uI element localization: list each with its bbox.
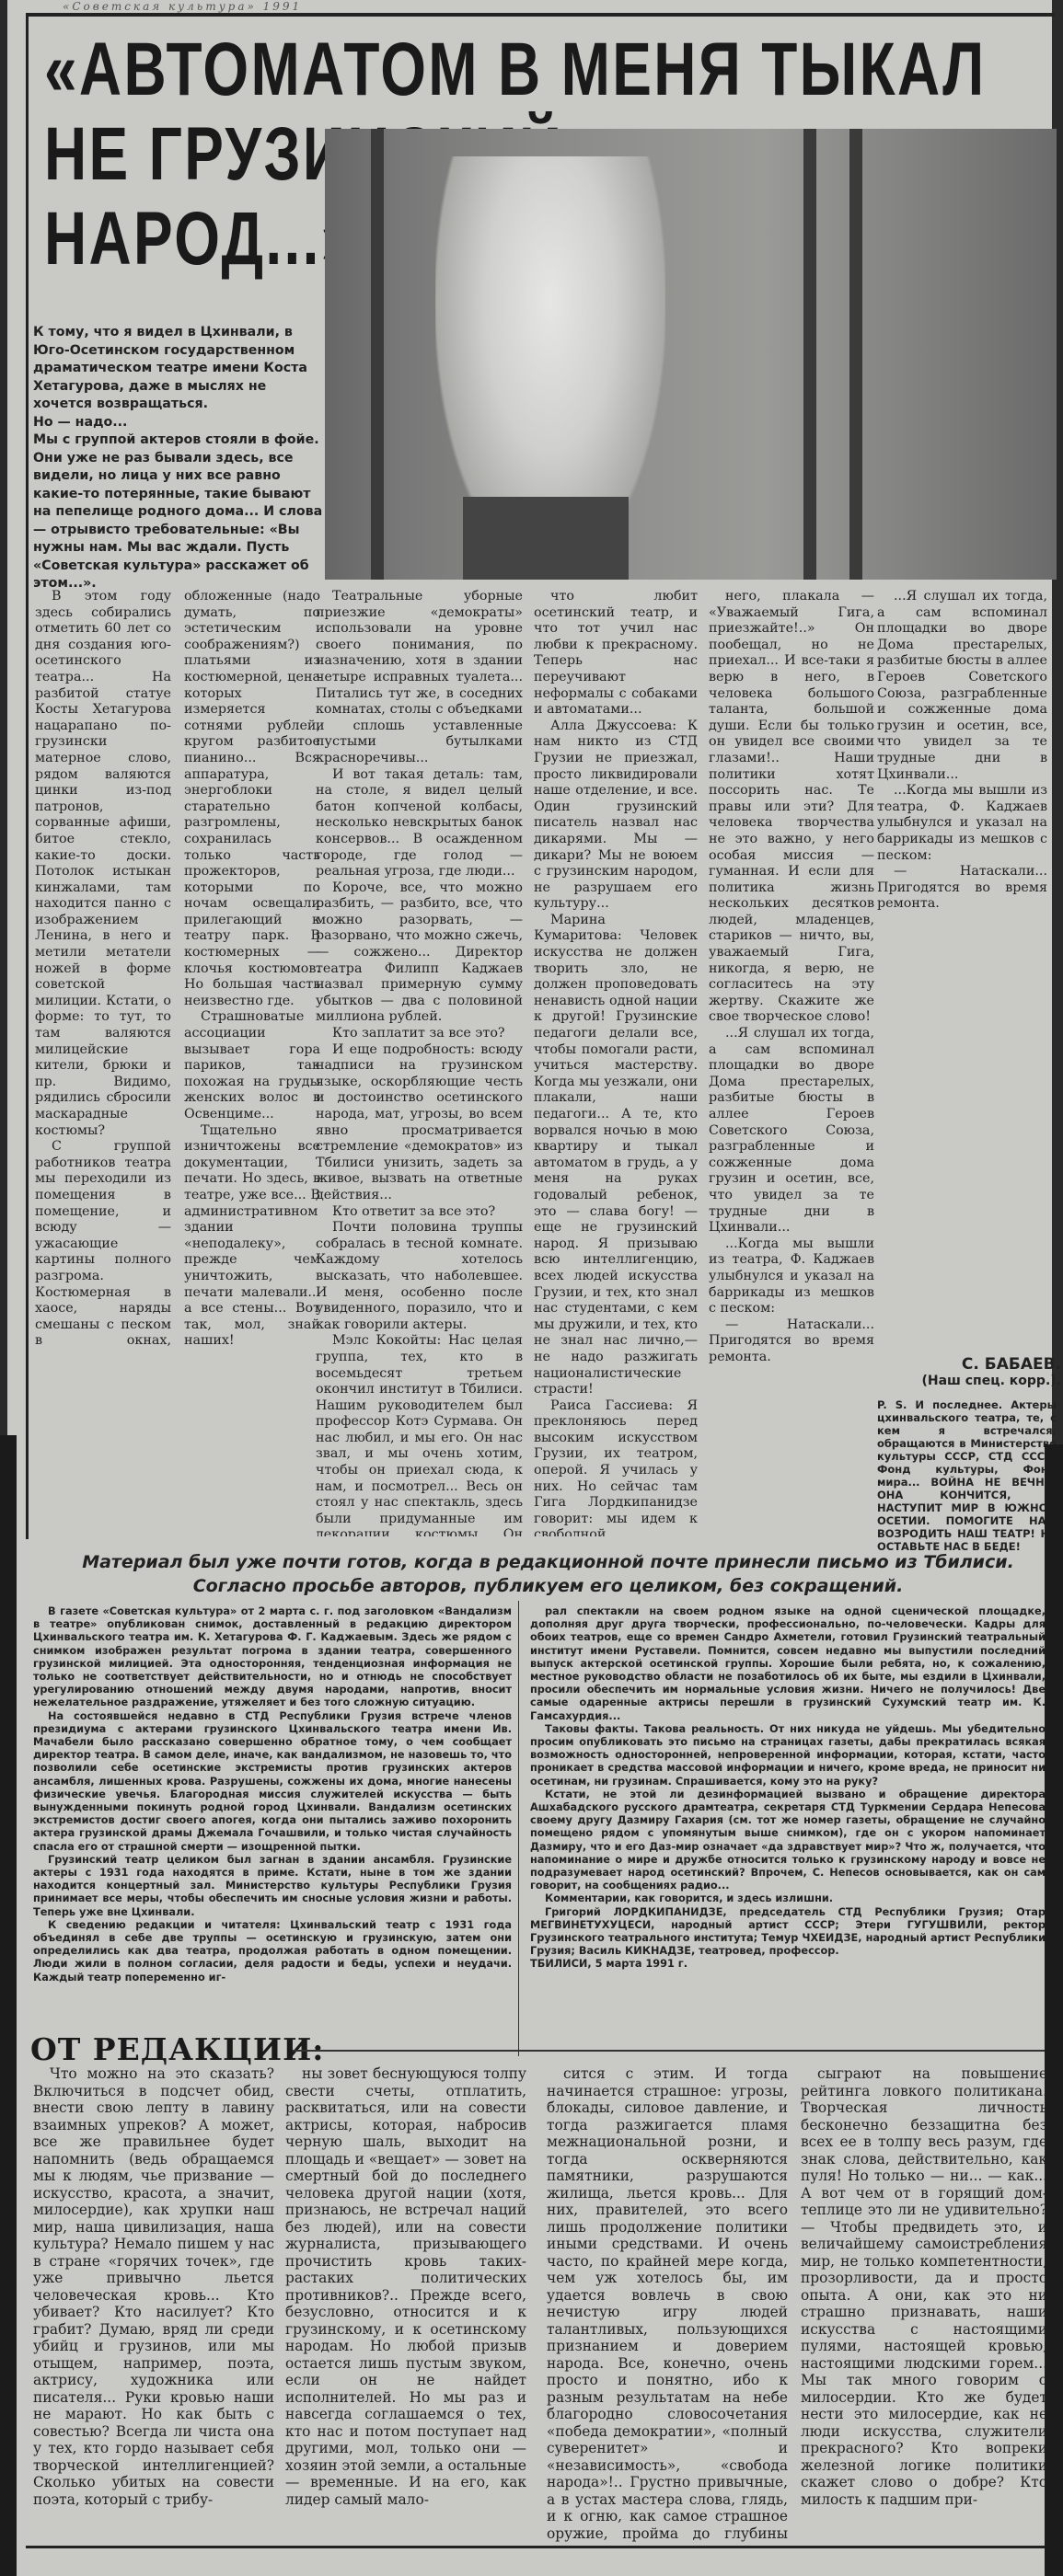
body-paragraph: ...Я слушал их тогда, а сам вспоминал пл… [709,1026,874,1236]
author-name: С. БАБАЕВ. [877,1355,1061,1374]
letter-paragraph: Грузинский театр целиком был загнан в зд… [33,1854,512,1919]
headline-line-1: «АВТОМАТОМ В МЕНЯ ТЫКАЛ [44,28,819,112]
editorial-column-4: сыграют на повышение рейтинга ловкого по… [801,2065,1047,2544]
statue-plinth [463,497,629,580]
column-divider [518,1601,519,2056]
interview-paragraph: Раиса Гассиева: Я преклоняюсь перед высо… [534,1398,698,1536]
body-paragraph: Кто ответит за все это? [316,1204,523,1221]
letter-paragraph: На состоявшейся недавно в СТД Республики… [33,1710,512,1854]
theatre-photo [325,129,1057,580]
body-paragraph: ...Я слушал их тогда, а сам вспоминал пл… [877,589,1047,783]
body-paragraph: Короче, все, что можно разбить, — разбит… [316,880,523,1026]
body-paragraph: И вот такая деталь: там, на столе, я вид… [316,767,523,880]
pillar [803,129,816,580]
editorial-text: Что можно на это сказать? Включиться в п… [33,2065,274,2508]
lead-p1: К тому, что я видел в Цхинвали, в Юго-Ос… [33,324,323,414]
body-paragraph: Почти половина труппы собралась в тесной… [316,1220,523,1333]
lead-p2: Но — надо... [33,414,323,432]
body-paragraph: ...Когда мы вышли из театра, Ф. Каджаев … [709,1236,874,1317]
body-paragraph: ...Когда мы вышли из театра, Ф. Каджаев … [877,783,1047,864]
body-paragraph: В этом году здесь собирались отметить 60… [35,589,171,1139]
pillar [849,129,862,580]
body-paragraph: него, плакала — «Уважаемый Гига, приезжа… [709,589,874,1026]
editorial-heading: ОТ РЕДАКЦИИ: [30,2031,324,2067]
letter-paragraph: К сведению редакции и читателя: Цхинваль… [33,1919,512,1984]
letter-signatories: Григорий ЛОРДКИПАНИДЗЕ, председатель СТД… [530,1906,1046,1959]
editorial-column-1: Что можно на это сказать? Включиться в п… [33,2065,274,2544]
letter-paragraph: В газете «Советская культура» от 2 марта… [33,1605,512,1710]
scan-border-right [1045,1444,1063,2576]
article-column-4: него, плакала — «Уважаемый Гига, приезжа… [709,589,874,1536]
body-paragraph: Кто заплатит за все это? [316,1026,523,1042]
scan-border-left [0,1435,17,2576]
letter-paragraph: Комментарии, как говорится, и здесь изли… [530,1892,1046,1905]
editorial-text: ны зовет беснующуюся толпу свести счеты,… [285,2065,526,2508]
author-role: (Наш спец. корр.). [877,1374,1061,1388]
body-paragraph: — Натаскали... Пригодятся во время ремон… [877,864,1047,913]
letter-right-column: рал спектакли на своем родном языке на о… [530,1605,1046,2029]
editorial-rule [293,2050,1057,2052]
body-paragraph: — Натаскали... Пригодятся во время ремон… [709,1317,874,1366]
handwritten-note: «Советская культура» 1991 [63,0,523,13]
body-paragraph: И еще подробность: всюду надписи на груз… [316,1042,523,1204]
bottom-rule [26,2546,1052,2548]
postscript: P. S. И последнее. Актеры цхинвальского … [877,1398,1057,1553]
letter-paragraph: рал спектакли на своем родном языке на о… [530,1605,1046,1723]
body-paragraph: Мэлс Кокойты: Нас целая группа, тех, кто… [316,1333,523,1536]
editorial-text: сыграют на повышение рейтинга ловкого по… [801,2065,1047,2508]
body-paragraph: Театральные уборные приезжие «демократы»… [316,589,523,767]
editorial-column-2: ны зовет беснующуюся толпу свести счеты,… [285,2065,526,2544]
body-paragraph: что любит осетинский театр, и что тот уч… [534,589,698,719]
editorial-text: сится с этим. И тогда начинается страшно… [547,2065,788,2544]
body-paragraph: Тщательно изничтожены все документации, … [184,1123,320,1350]
letter-intro: Материал был уже почти готов, когда в ре… [44,1550,1052,1598]
letter-left-column: В газете «Советская культура» от 2 марта… [33,1605,512,2033]
letter-paragraph: Кстати, не этой ли дезинформацией вызван… [530,1788,1046,1893]
body-paragraph: Страшноватые ассоциации вызывает гора па… [184,1009,320,1122]
newspaper-page: «Советская культура» 1991 «АВТОМАТОМ В М… [7,0,1052,2576]
author-signature: С. БАБАЕВ. (Наш спец. корр.). [877,1355,1061,1388]
article-column-5: ...Я слушал их тогда, а сам вспоминал пл… [877,589,1047,1348]
interview-paragraph: Марина Кумаритова: Человек искусства не … [534,913,698,1398]
lead-paragraph: К тому, что я видел в Цхинвали, в Юго-Ос… [33,324,323,593]
letter-place-date: ТБИЛИСИ, 5 марта 1991 г. [530,1958,1046,1971]
interview-paragraph: Алла Джуссоева: К нам никто из СТД Грузи… [534,719,698,913]
letter-paragraph: Таковы факты. Такова реальность. От них … [530,1723,1046,1788]
pillar [371,129,384,580]
article-column-3: что любит осетинский театр, и что тот уч… [534,589,698,1536]
editorial-column-3: сится с этим. И тогда начинается страшно… [547,2065,788,2544]
lead-p3: Мы с группой актеров стояли в фойе. Они … [33,431,323,593]
article-columns-1-2: В этом году здесь собирались отметить 60… [35,589,320,1536]
article-column-2: Театральные уборные приезжие «демократы»… [316,589,523,1536]
